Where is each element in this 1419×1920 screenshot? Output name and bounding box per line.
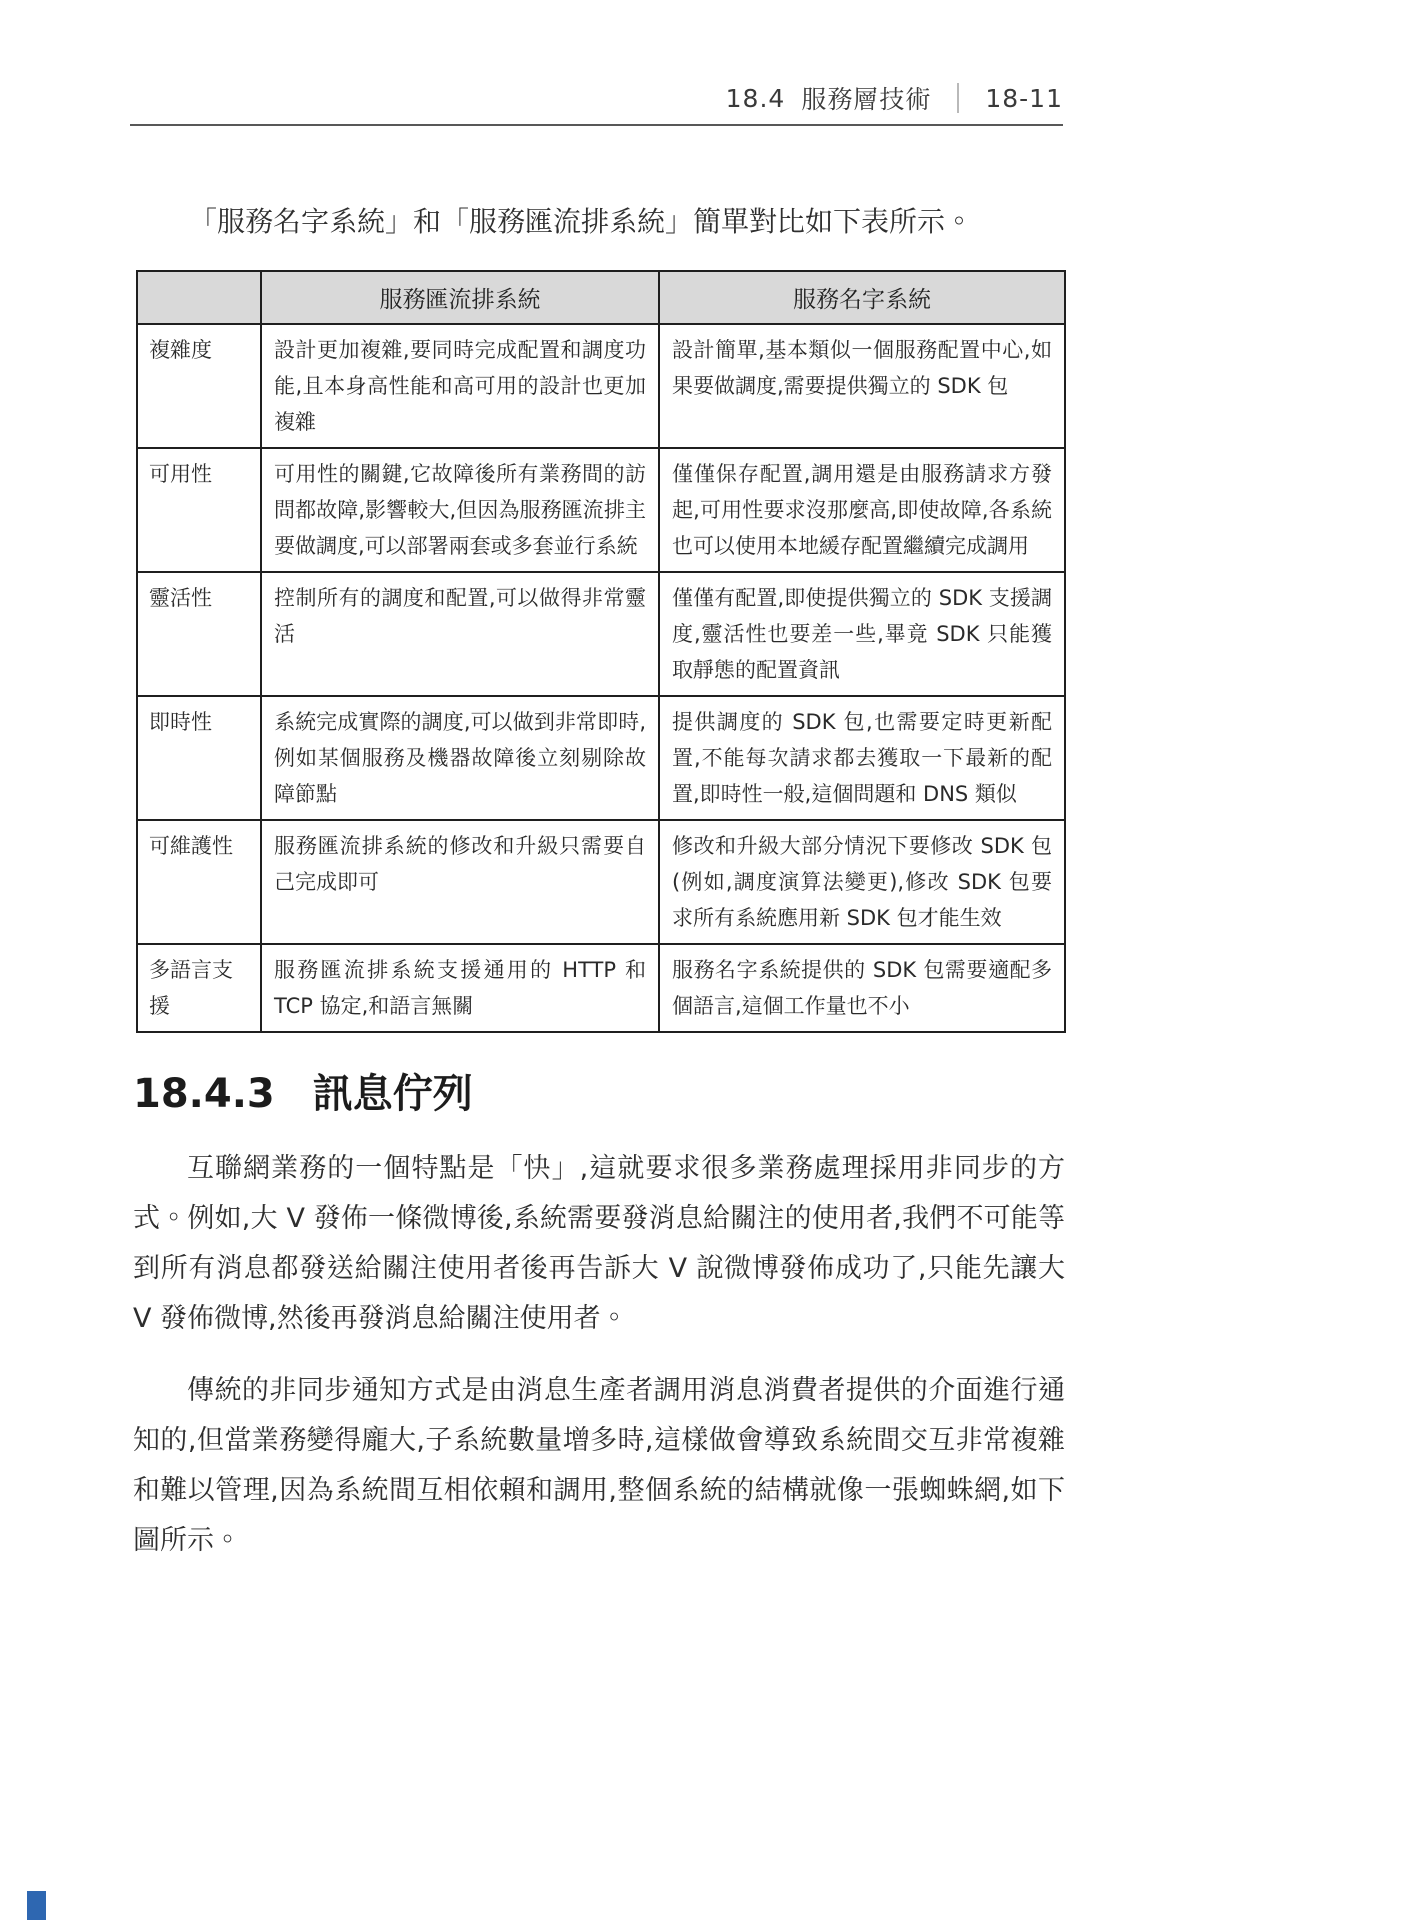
row-label: 多語言支援 [137, 944, 261, 1032]
cell-service-name: 僅僅有配置,即使提供獨立的 SDK 支援調度,靈活性也要差一些,畢竟 SDK 只… [659, 572, 1065, 696]
column-header-empty [137, 271, 261, 324]
book-page: 18.4 服務層技術 18-11 「服務名字系統」和「服務匯流排系統」簡單對比如… [0, 0, 1419, 1920]
row-label: 複雜度 [137, 324, 261, 448]
cell-service-name: 修改和升級大部分情況下要修改 SDK 包(例如,調度演算法變更),修改 SDK … [659, 820, 1065, 944]
table-row: 多語言支援 服務匯流排系統支援通用的 HTTP 和 TCP 協定,和語言無關 服… [137, 944, 1065, 1032]
cell-service-bus: 服務匯流排系統的修改和升級只需要自己完成即可 [261, 820, 659, 944]
cell-service-bus: 服務匯流排系統支援通用的 HTTP 和 TCP 協定,和語言無關 [261, 944, 659, 1032]
column-header-service-bus: 服務匯流排系統 [261, 271, 659, 324]
column-header-service-name: 服務名字系統 [659, 271, 1065, 324]
cell-service-name: 僅僅保存配置,調用還是由服務請求方發起,可用性要求沒那麼高,即使故障,各系統也可… [659, 448, 1065, 572]
section-heading-title: 訊息佇列 [313, 1062, 473, 1119]
table-header-row: 服務匯流排系統 服務名字系統 [137, 271, 1065, 324]
row-label: 可維護性 [137, 820, 261, 944]
cell-service-bus: 控制所有的調度和配置,可以做得非常靈活 [261, 572, 659, 696]
comparison-table: 服務匯流排系統 服務名字系統 複雜度 設計更加複雜,要同時完成配置和調度功能,且… [136, 270, 1066, 1033]
table-row: 即時性 系統完成實際的調度,可以做到非常即時,例如某個服務及機器故障後立刻剔除故… [137, 696, 1065, 820]
row-label: 可用性 [137, 448, 261, 572]
page-header: 18.4 服務層技術 18-11 [133, 80, 1063, 116]
cell-service-name: 提供調度的 SDK 包,也需要定時更新配置,不能每次請求都去獲取一下最新的配置,… [659, 696, 1065, 820]
table-row: 可維護性 服務匯流排系統的修改和升級只需要自己完成即可 修改和升級大部分情況下要… [137, 820, 1065, 944]
row-label: 靈活性 [137, 572, 261, 696]
header-section-number: 18.4 [726, 84, 786, 113]
table-row: 複雜度 設計更加複雜,要同時完成配置和調度功能,且本身高性能和高可用的設計也更加… [137, 324, 1065, 448]
row-label: 即時性 [137, 696, 261, 820]
table-row: 可用性 可用性的關鍵,它故障後所有業務間的訪問都故障,影響較大,但因為服務匯流排… [137, 448, 1065, 572]
cell-service-name: 服務名字系統提供的 SDK 包需要適配多個語言,這個工作量也不小 [659, 944, 1065, 1032]
section-heading: 18.4.3 訊息佇列 [133, 1062, 473, 1119]
header-page-number: 18-11 [985, 84, 1063, 113]
body-paragraph-1: 互聯網業務的一個特點是「快」,這就要求很多業務處理採用非同步的方式。例如,大 V… [133, 1144, 1065, 1344]
table-row: 靈活性 控制所有的調度和配置,可以做得非常靈活 僅僅有配置,即使提供獨立的 SD… [137, 572, 1065, 696]
section-heading-number: 18.4.3 [133, 1071, 275, 1117]
cell-service-bus: 設計更加複雜,要同時完成配置和調度功能,且本身高性能和高可用的設計也更加複雜 [261, 324, 659, 448]
body-text: 互聯網業務的一個特點是「快」,這就要求很多業務處理採用非同步的方式。例如,大 V… [133, 1144, 1065, 1588]
body-paragraph-2: 傳統的非同步通知方式是由消息生產者調用消息消費者提供的介面進行通知的,但當業務變… [133, 1366, 1065, 1566]
header-rule [130, 124, 1063, 126]
header-section-title: 服務層技術 [801, 80, 931, 116]
intro-paragraph: 「服務名字系統」和「服務匯流排系統」簡單對比如下表所示。 [133, 202, 1063, 242]
cell-service-name: 設計簡單,基本類似一個服務配置中心,如果要做調度,需要提供獨立的 SDK 包 [659, 324, 1065, 448]
cell-service-bus: 可用性的關鍵,它故障後所有業務間的訪問都故障,影響較大,但因為服務匯流排主要做調… [261, 448, 659, 572]
page-corner-mark [27, 1891, 46, 1920]
header-divider [957, 83, 959, 113]
cell-service-bus: 系統完成實際的調度,可以做到非常即時,例如某個服務及機器故障後立刻剔除故障節點 [261, 696, 659, 820]
